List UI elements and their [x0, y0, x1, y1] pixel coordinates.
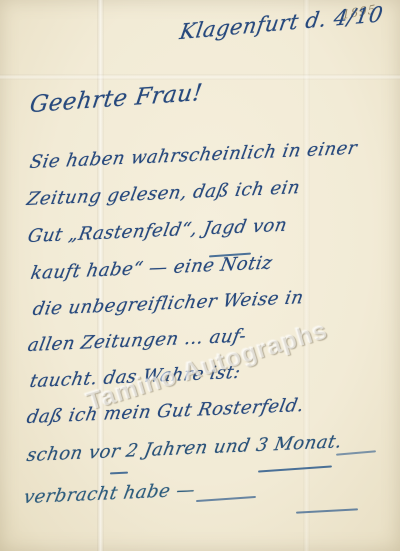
body-line: Gut „Rastenfeld“, Jagd von: [26, 215, 289, 247]
body-line: kauft habe“ — eine Notiz: [29, 252, 274, 284]
body-line: die unbegreiflicher Weise in: [31, 287, 305, 320]
paper-fold-crease-right: [303, 0, 310, 551]
letter-scan: 1895 Klagenfurt d. 4/10 Geehrte Frau! Si…: [0, 0, 400, 551]
body-line: schon vor 2 Jahren und 3 Monat.: [25, 431, 344, 466]
body-line: Zeitung gelesen, daß ich ein: [25, 177, 302, 210]
ink-dash-stroke: [336, 450, 376, 455]
ink-dash-stroke: [196, 496, 256, 502]
salutation: Geehrte Frau!: [28, 80, 204, 118]
body-line: taucht. das Wahre ist:: [28, 362, 242, 392]
dateline: Klagenfurt d. 4/10: [178, 2, 385, 44]
body-line: daß ich mein Gut Rosterfeld.: [25, 395, 306, 428]
body-line: allen Zeitungen ... auf-: [26, 325, 248, 356]
body-line: Sie haben wahrscheinlich in einer: [28, 138, 359, 173]
ink-underline-monat: [258, 465, 332, 472]
ink-underline-two: [110, 472, 128, 475]
ink-dash-stroke: [296, 508, 358, 513]
body-line: verbracht habe —: [22, 479, 197, 508]
